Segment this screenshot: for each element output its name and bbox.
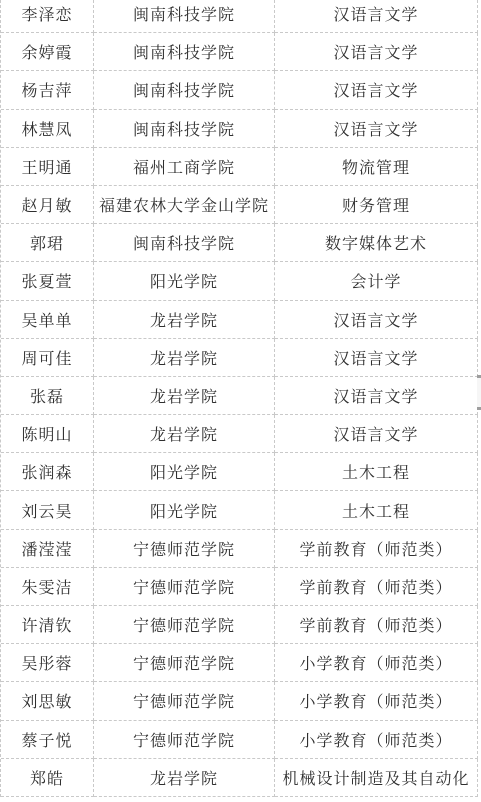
cell-student-name[interactable]: 蔡子悦: [1, 721, 94, 759]
cell-student-name[interactable]: 刘思敏: [1, 682, 94, 720]
cell-college[interactable]: 龙岩学院: [94, 377, 275, 415]
cell-student-name[interactable]: 许清钦: [1, 606, 94, 644]
cell-major[interactable]: 土木工程: [275, 491, 478, 529]
cell-major[interactable]: 汉语言文学: [275, 415, 478, 453]
cell-college[interactable]: 闽南科技学院: [94, 0, 275, 33]
cell-major[interactable]: 物流管理: [275, 148, 478, 186]
cell-college[interactable]: 福建农林大学金山学院: [94, 186, 275, 224]
cell-major[interactable]: 会计学: [275, 262, 478, 300]
cell-major[interactable]: 汉语言文学: [275, 110, 478, 148]
cell-student-name[interactable]: 余婷霞: [1, 33, 94, 71]
cell-student-name[interactable]: 陈明山: [1, 415, 94, 453]
cell-student-name[interactable]: 郑皓: [1, 759, 94, 797]
cell-college[interactable]: 宁德师范学院: [94, 530, 275, 568]
cell-student-name[interactable]: 张润森: [1, 453, 94, 491]
cell-college[interactable]: 宁德师范学院: [94, 568, 275, 606]
cell-college[interactable]: 宁德师范学院: [94, 644, 275, 682]
cell-student-name[interactable]: 周可佳: [1, 339, 94, 377]
cell-major[interactable]: 财务管理: [275, 186, 478, 224]
cell-student-name[interactable]: 李泽恋: [1, 0, 94, 33]
cell-student-name[interactable]: 潘滢滢: [1, 530, 94, 568]
cell-major[interactable]: 小学教育（师范类）: [275, 721, 478, 759]
cell-student-name[interactable]: 杨吉萍: [1, 71, 94, 109]
cell-student-name[interactable]: 赵月敏: [1, 186, 94, 224]
cell-student-name[interactable]: 郭珺: [1, 224, 94, 262]
cell-major[interactable]: 学前教育（师范类）: [275, 530, 478, 568]
cell-college[interactable]: 闽南科技学院: [94, 224, 275, 262]
cell-major[interactable]: 汉语言文学: [275, 71, 478, 109]
cell-college[interactable]: 龙岩学院: [94, 339, 275, 377]
cell-student-name[interactable]: 朱雯洁: [1, 568, 94, 606]
cell-major[interactable]: 小学教育（师范类）: [275, 682, 478, 720]
cell-major[interactable]: 小学教育（师范类）: [275, 644, 478, 682]
cell-student-name[interactable]: 王明通: [1, 148, 94, 186]
cell-college[interactable]: 阳光学院: [94, 262, 275, 300]
cell-college[interactable]: 宁德师范学院: [94, 606, 275, 644]
cell-major[interactable]: 机械设计制造及其自动化: [275, 759, 478, 797]
cell-major[interactable]: 学前教育（师范类）: [275, 568, 478, 606]
cell-major[interactable]: 汉语言文学: [275, 0, 478, 33]
cell-college[interactable]: 龙岩学院: [94, 301, 275, 339]
cell-student-name[interactable]: 吴彤蓉: [1, 644, 94, 682]
cell-major[interactable]: 土木工程: [275, 453, 478, 491]
cell-college[interactable]: 阳光学院: [94, 453, 275, 491]
cell-student-name[interactable]: 张夏萱: [1, 262, 94, 300]
cell-major[interactable]: 数字媒体艺术: [275, 224, 478, 262]
cell-college[interactable]: 闽南科技学院: [94, 110, 275, 148]
cell-college[interactable]: 福州工商学院: [94, 148, 275, 186]
cell-major[interactable]: 汉语言文学: [275, 339, 478, 377]
cell-major[interactable]: 学前教育（师范类）: [275, 606, 478, 644]
cell-major[interactable]: 汉语言文学: [275, 377, 478, 415]
cell-college[interactable]: 宁德师范学院: [94, 682, 275, 720]
student-table: 李泽恋 闽南科技学院 汉语言文学 余婷霞 闽南科技学院 汉语言文学 杨吉萍 闽南…: [0, 0, 478, 797]
cell-student-name[interactable]: 张磊: [1, 377, 94, 415]
cell-college[interactable]: 闽南科技学院: [94, 33, 275, 71]
cell-student-name[interactable]: 吴单单: [1, 301, 94, 339]
cell-student-name[interactable]: 刘云昊: [1, 491, 94, 529]
right-edge-cell-fragment: [477, 375, 481, 410]
spreadsheet-viewport: 李泽恋 闽南科技学院 汉语言文学 余婷霞 闽南科技学院 汉语言文学 杨吉萍 闽南…: [0, 0, 481, 802]
cell-major[interactable]: 汉语言文学: [275, 33, 478, 71]
cell-college[interactable]: 龙岩学院: [94, 759, 275, 797]
cell-college[interactable]: 宁德师范学院: [94, 721, 275, 759]
cell-student-name[interactable]: 林慧凤: [1, 110, 94, 148]
cell-college[interactable]: 龙岩学院: [94, 415, 275, 453]
cell-college[interactable]: 阳光学院: [94, 491, 275, 529]
cell-college[interactable]: 闽南科技学院: [94, 71, 275, 109]
cell-major[interactable]: 汉语言文学: [275, 301, 478, 339]
